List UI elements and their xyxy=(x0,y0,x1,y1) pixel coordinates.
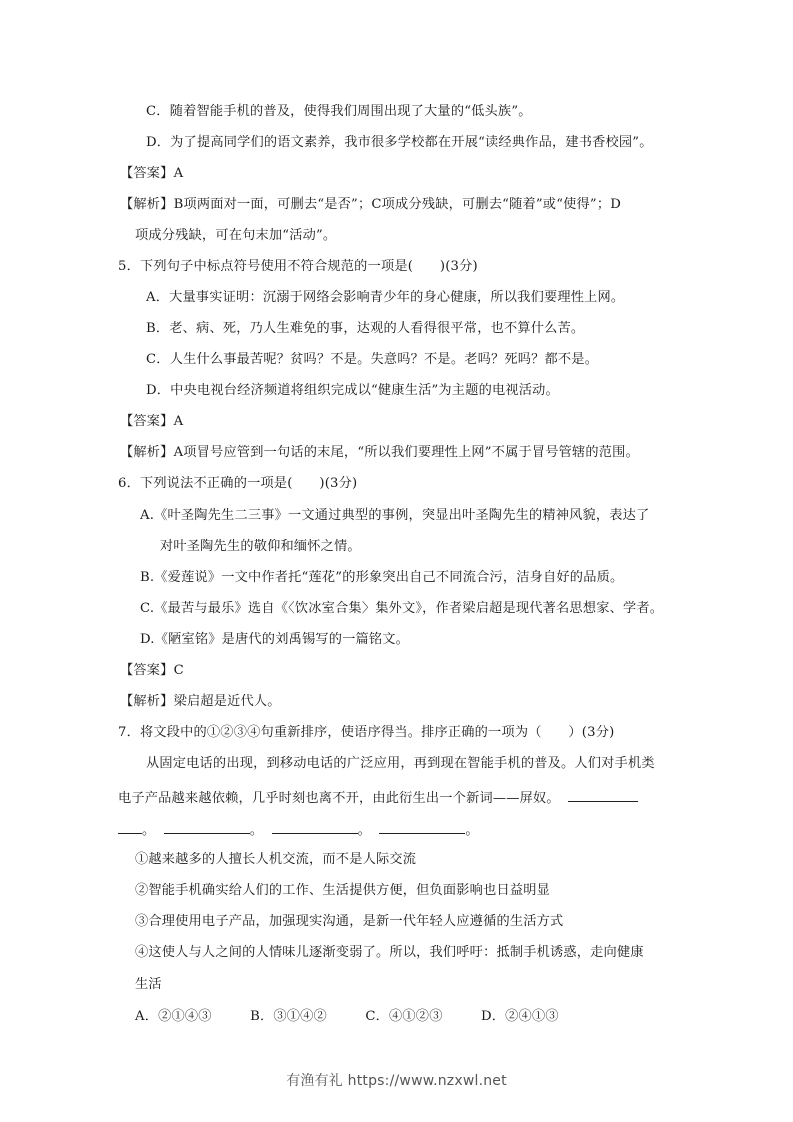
q4-answer: 【答案】A xyxy=(120,165,183,183)
choice-label: A． xyxy=(135,1009,158,1024)
choice-label: B． xyxy=(250,1009,273,1024)
option-text: 为了提高同学们的语文素养，我市很多学校都在开展“读经典作品，建书香校园”。 xyxy=(170,135,652,150)
q5-analysis: 【解析】A项冒号应管到一句话的末尾，“所以我们要理性上网”不属于冒号管辖的范围。 xyxy=(120,444,639,462)
analysis-text: B项两面对一面，可删去“是否”；C项成分残缺，可删去“随着”或“使得”；D xyxy=(174,197,621,212)
option-text: 《最苦与最乐》选自《〈饮冰室合集〉集外文》，作者梁启超是现代著名思想家、学者。 xyxy=(154,601,663,616)
passage-text: 电子产品越来越依赖，几乎时刻也离不开，由此衍生出一个新词——屏奴。 xyxy=(118,791,560,806)
q6-option-d: D.《陋室铭》是唐代的刘禹锡写的一篇铭文。 xyxy=(140,631,409,649)
q6-option-a-cont: 对叶圣陶先生的敬仰和缅怀之情。 xyxy=(160,538,361,556)
option-label: D． xyxy=(146,135,170,150)
q7-choices: A．②①④③ B．③①④② C．④①②③ D．②④①③ xyxy=(135,1008,593,1026)
q6-stem: 6．下列说法不正确的一项是( )(3分) xyxy=(118,475,357,493)
option-label: D． xyxy=(146,383,170,398)
answer-value: C xyxy=(174,663,184,678)
choice-d: D．②④①③ xyxy=(481,1008,559,1026)
option-label: C． xyxy=(146,104,170,119)
q7-stem: 7．将文段中的①②③④句重新排序，使语序得当。排序正确的一项为（ ）(3分) xyxy=(118,724,614,742)
fill-blank[interactable] xyxy=(379,819,465,834)
option-text: 《爱莲说》一文中作者托“莲花”的形象突出自己不同流合污，洁身自好的品质。 xyxy=(154,570,623,585)
q6-option-a: A.《叶圣陶先生二三事》一文通过典型的事例，突显出叶圣陶先生的精神风貌，表达了 xyxy=(140,507,649,525)
analysis-tag: 【解析】 xyxy=(120,197,174,212)
q7-passage-cont: 电子产品越来越依赖，几乎时刻也离不开，由此衍生出一个新词——屏奴。 xyxy=(118,787,638,808)
option-text: 老、病、死，乃人生难免的事，达观的人看得很平常，也不算什么苦。 xyxy=(169,321,584,336)
answer-tag: 【答案】 xyxy=(120,663,174,678)
q6-analysis: 【解析】梁启超是近代人。 xyxy=(120,693,281,711)
answer-value: A xyxy=(174,166,184,181)
q7-sentence-4: ④这使人与人之间的人情味儿逐渐变弱了。所以，我们呼吁：抵制手机诱惑，走向健康 xyxy=(135,944,644,962)
choice-c: C．④①②③ xyxy=(365,1008,442,1026)
q4-option-c: C．随着智能手机的普及，使得我们周围出现了大量的“低头族”。 xyxy=(146,103,532,121)
fill-blank[interactable] xyxy=(118,819,142,834)
analysis-tag: 【解析】 xyxy=(120,445,174,460)
period: 。 xyxy=(142,823,155,838)
choice-label: C． xyxy=(365,1009,389,1024)
option-text: 随着智能手机的普及，使得我们周围出现了大量的“低头族”。 xyxy=(170,104,532,119)
q4-option-d: D．为了提高同学们的语文素养，我市很多学校都在开展“读经典作品，建书香校园”。 xyxy=(146,134,653,152)
analysis-tag: 【解析】 xyxy=(120,694,174,709)
option-label: C． xyxy=(146,352,170,367)
q7-sentence-1: ①越来越多的人擅长人机交流，而不是人际交流 xyxy=(135,851,416,869)
fill-blank[interactable] xyxy=(272,819,358,834)
q7-blanks-row: 。 。 。 。 xyxy=(118,819,479,840)
q5-answer: 【答案】A xyxy=(120,413,183,431)
answer-value: A xyxy=(174,414,184,429)
option-text: 人生什么事最苦呢？贫吗？不是。失意吗？不是。老吗？死吗？都不是。 xyxy=(170,352,598,367)
q5-option-b: B．老、病、死，乃人生难免的事，达观的人看得很平常，也不算什么苦。 xyxy=(146,320,584,338)
choice-b: B．③①④② xyxy=(250,1008,327,1026)
choice-text: ③①④② xyxy=(273,1009,327,1024)
q5-option-c: C．人生什么事最苦呢？贫吗？不是。失意吗？不是。老吗？死吗？都不是。 xyxy=(146,351,598,369)
q7-sentence-3: ③合理使用电子产品，加强现实沟通，是新一代年轻人应遵循的生活方式 xyxy=(135,913,563,931)
q7-sentence-4-cont: 生活 xyxy=(135,976,162,994)
document-page: C．随着智能手机的普及，使得我们周围出现了大量的“低头族”。 D．为了提高同学们… xyxy=(0,0,793,1122)
analysis-text: A项冒号应管到一句话的末尾，“所以我们要理性上网”不属于冒号管辖的范围。 xyxy=(174,445,639,460)
option-text: 中央电视台经济频道将组织完成以“健康生活”为主题的电视活动。 xyxy=(170,383,559,398)
q7-passage: 从固定电话的出现，到移动电话的广泛应用，再到现在智能手机的普及。人们对手机类 xyxy=(146,755,655,773)
period: 。 xyxy=(358,823,371,838)
q7-sentence-2: ②智能手机确实给人们的工作、生活提供方便，但负面影响也日益明显 xyxy=(135,882,550,900)
footer-watermark: 有渔有礼 https://www.nzxwl.net xyxy=(0,1070,793,1090)
q6-option-c: C.《最苦与最乐》选自《〈饮冰室合集〉集外文》，作者梁启超是现代著名思想家、学者… xyxy=(140,600,663,618)
period: 。 xyxy=(465,823,478,838)
option-text: 大量事实证明：沉溺于网络会影响青少年的身心健康，所以我们要理性上网。 xyxy=(169,290,624,305)
option-label: C. xyxy=(140,601,154,616)
analysis-text: 梁启超是近代人。 xyxy=(174,694,281,709)
q5-option-a: A．大量事实证明：沉溺于网络会影响青少年的身心健康，所以我们要理性上网。 xyxy=(146,289,624,307)
q4-analysis: 【解析】B项两面对一面，可删去“是否”；C项成分残缺，可删去“随着”或“使得”；… xyxy=(120,196,621,214)
choice-text: ②④①③ xyxy=(505,1009,559,1024)
option-text: 《叶圣陶先生二三事》一文通过典型的事例，突显出叶圣陶先生的精神风貌，表达了 xyxy=(154,508,649,523)
q4-analysis-cont: 项成分残缺，可在句末加“活动”。 xyxy=(135,227,336,245)
fill-blank[interactable] xyxy=(568,787,638,802)
period: 。 xyxy=(250,823,263,838)
q6-option-b: B.《爱莲说》一文中作者托“莲花”的形象突出自己不同流合污，洁身自好的品质。 xyxy=(140,569,623,587)
option-label: A. xyxy=(140,508,154,523)
answer-tag: 【答案】 xyxy=(120,166,174,181)
q5-stem: 5．下列句子中标点符号使用不符合规范的一项是( )(3分) xyxy=(118,258,478,276)
option-label: B. xyxy=(140,570,154,585)
answer-tag: 【答案】 xyxy=(120,414,174,429)
option-label: A． xyxy=(146,290,169,305)
choice-label: D． xyxy=(481,1009,505,1024)
choice-a: A．②①④③ xyxy=(135,1008,212,1026)
choice-text: ④①②③ xyxy=(389,1009,443,1024)
q6-answer: 【答案】C xyxy=(120,662,184,680)
option-text: 《陋室铭》是唐代的刘禹锡写的一篇铭文。 xyxy=(155,632,409,647)
option-label: B． xyxy=(146,321,169,336)
fill-blank[interactable] xyxy=(164,819,250,834)
option-label: D. xyxy=(140,632,155,647)
choice-text: ②①④③ xyxy=(158,1009,212,1024)
q5-option-d: D．中央电视台经济频道将组织完成以“健康生活”为主题的电视活动。 xyxy=(146,382,559,400)
